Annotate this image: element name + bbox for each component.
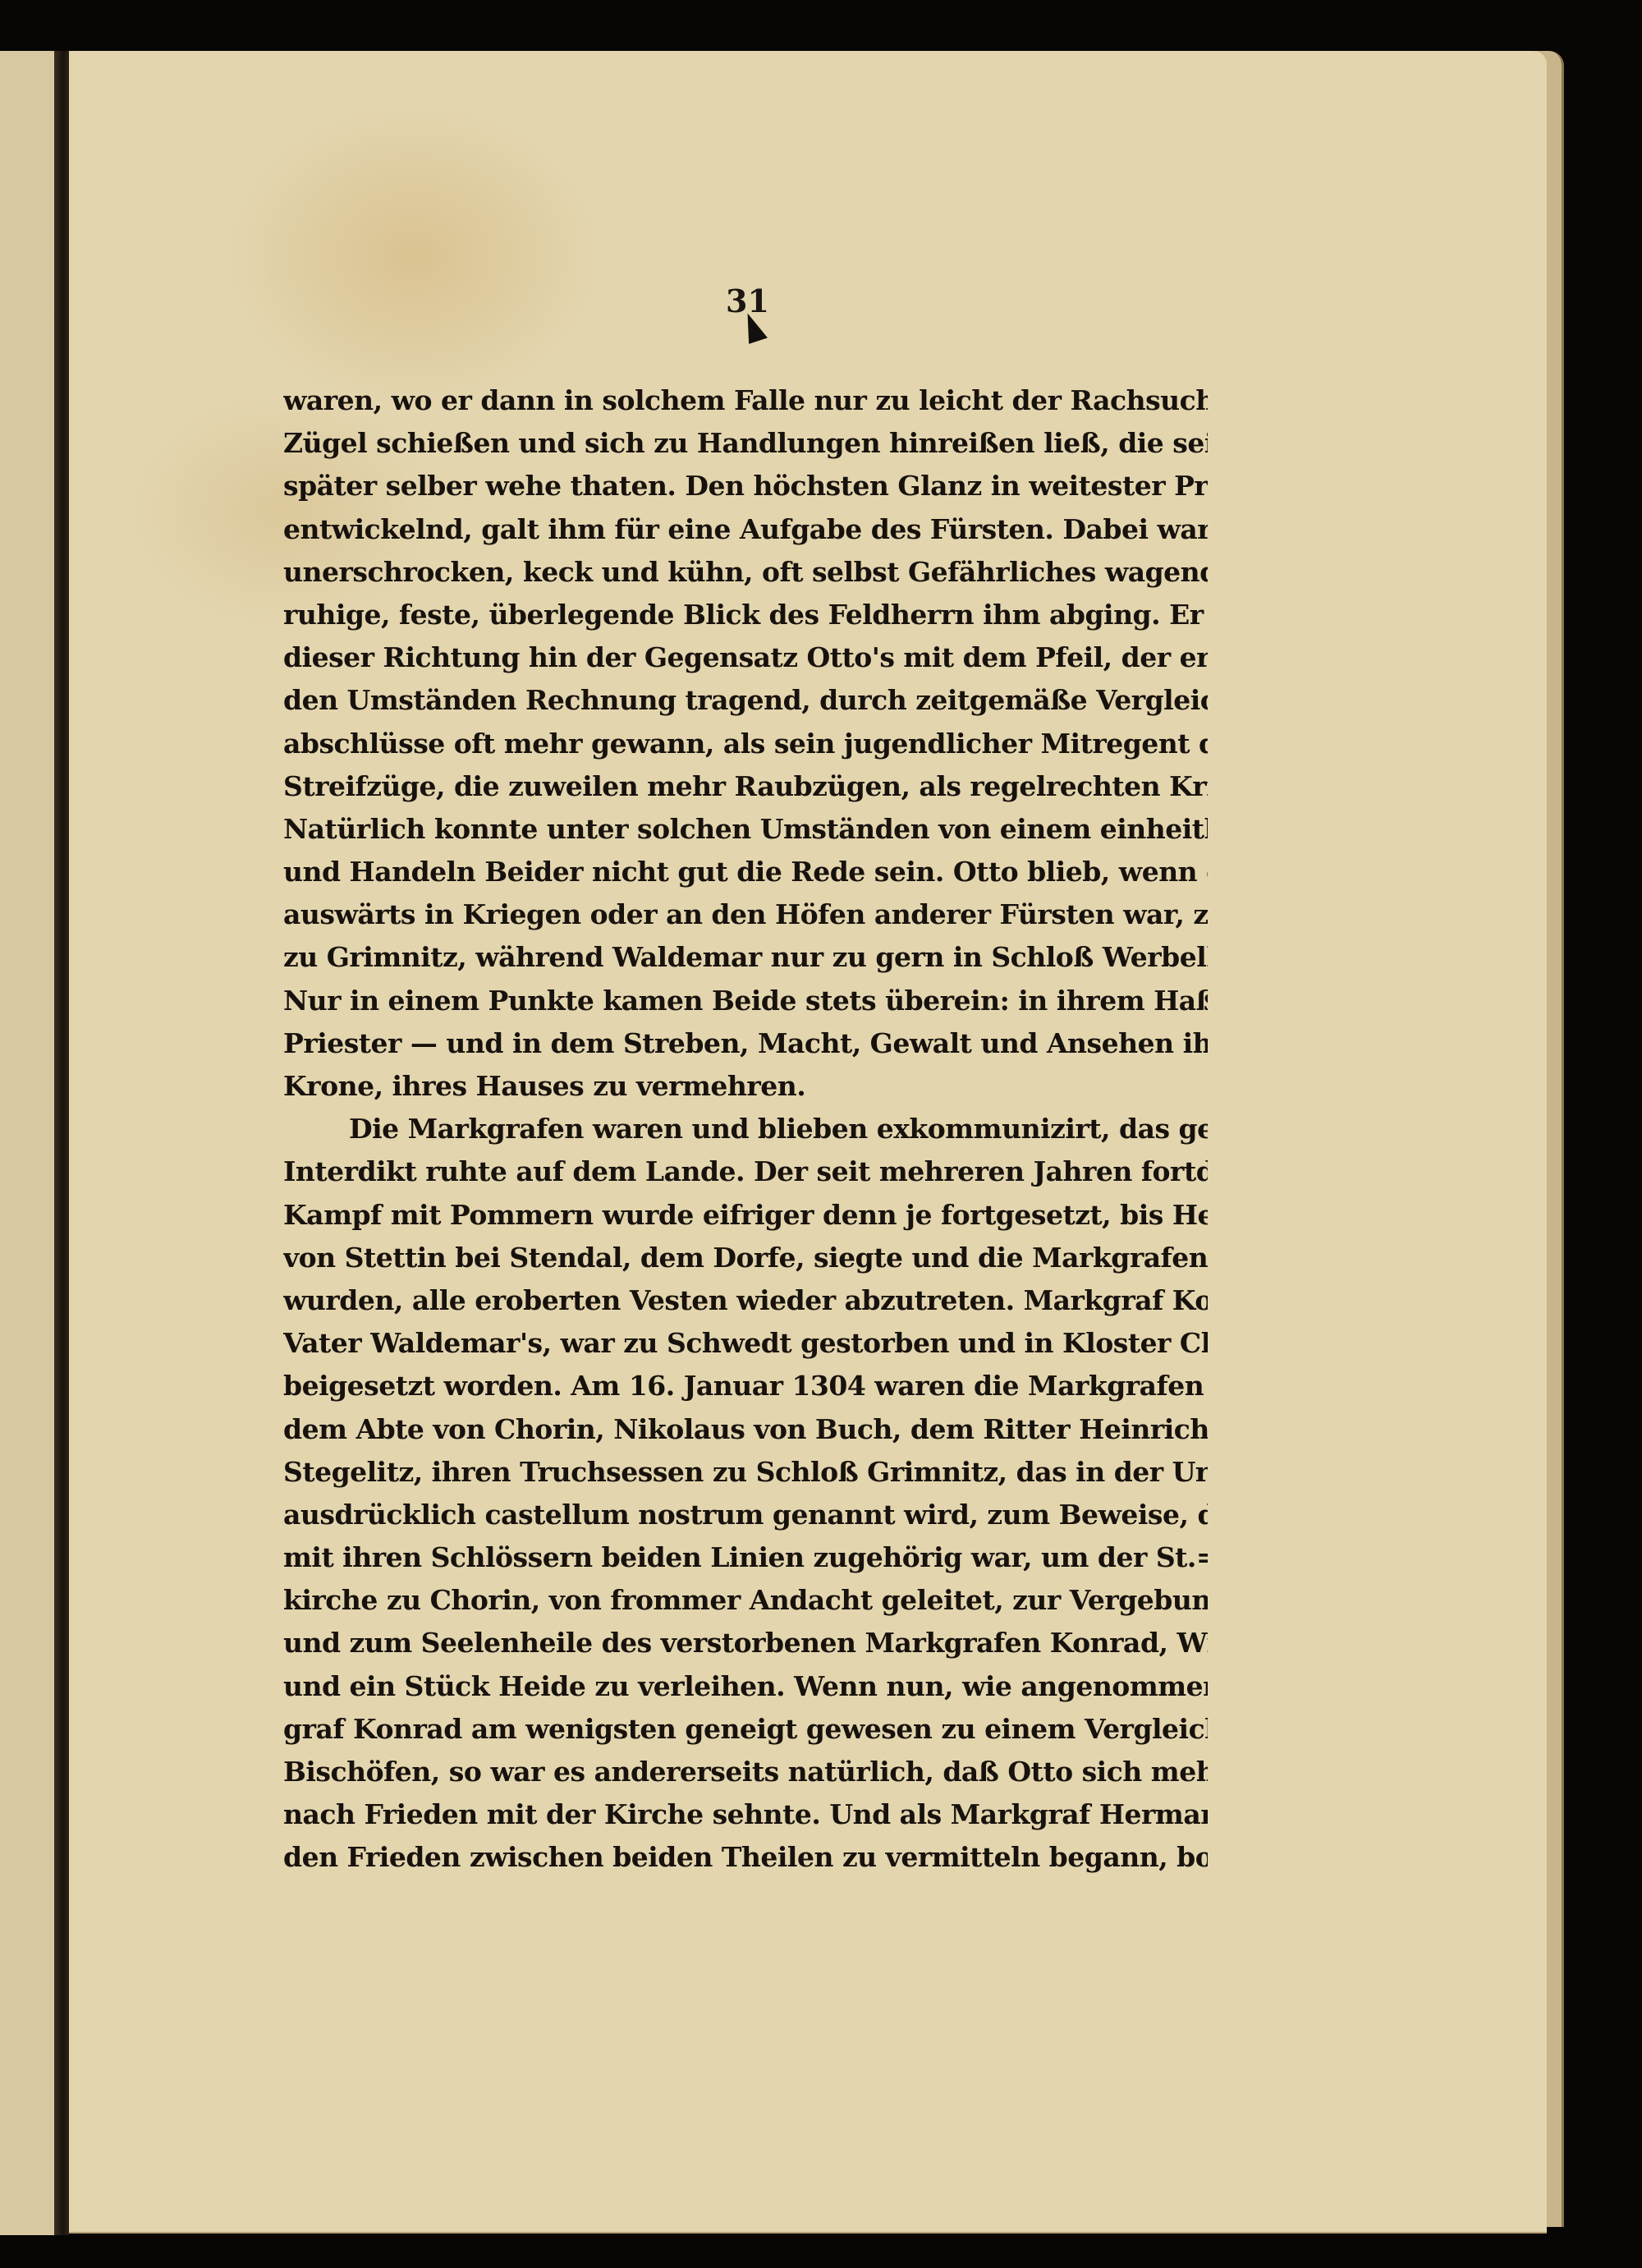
text-line: den Frieden zwischen beiden Theilen zu v… xyxy=(283,1836,1208,1879)
text-line: Krone, ihres Hauses zu vermehren. xyxy=(283,1065,1208,1108)
text-line: wurden, alle eroberten Vesten wieder abz… xyxy=(283,1279,1208,1322)
text-line: und zum Seelenheile des verstorbenen Mar… xyxy=(283,1622,1208,1664)
text-line: Interdikt ruhte auf dem Lande. Der seit … xyxy=(283,1150,1208,1193)
text-line: nach Frieden mit der Kirche sehnte. Und … xyxy=(283,1793,1208,1836)
text-line: mit ihren Schlössern beiden Linien zugeh… xyxy=(283,1536,1208,1579)
text-line: zu Grimnitz, während Waldemar nur zu ger… xyxy=(283,936,1208,979)
text-line: Bischöfen, so war es andererseits natürl… xyxy=(283,1751,1208,1793)
text-line: entwickelnd, galt ihm für eine Aufgabe d… xyxy=(283,508,1208,551)
text-line: Vater Waldemar's, war zu Schwedt gestorb… xyxy=(283,1322,1208,1365)
text-line: auswärts in Kriegen oder an den Höfen an… xyxy=(283,893,1208,936)
text-line: kirche zu Chorin, von frommer Andacht ge… xyxy=(283,1579,1208,1622)
text-line: Priester — und in dem Streben, Macht, Ge… xyxy=(283,1022,1208,1065)
paragraph-start: Die Markgrafen waren und blieben exkommu… xyxy=(283,1108,1208,1150)
text-line: ausdrücklich castellum nostrum genannt w… xyxy=(283,1494,1208,1536)
text-line: dieser Richtung hin der Gegensatz Otto's… xyxy=(283,636,1208,679)
text-line: Kampf mit Pommern wurde eifriger denn je… xyxy=(283,1194,1208,1237)
text-line: und Handeln Beider nicht gut die Rede se… xyxy=(283,851,1208,893)
text-line: von Stettin bei Stendal, dem Dorfe, sieg… xyxy=(283,1237,1208,1279)
book-gutter xyxy=(54,51,69,2235)
text-line: Zügel schießen und sich zu Handlungen hi… xyxy=(283,422,1208,465)
text-line: Streifzüge, die zuweilen mehr Raubzügen,… xyxy=(283,765,1208,808)
text-line: Natürlich konnte unter solchen Umständen… xyxy=(283,808,1208,851)
facing-page-edge xyxy=(0,51,54,2235)
text-line: später selber wehe thaten. Den höchsten … xyxy=(283,465,1208,507)
text-line: abschlüsse oft mehr gewann, als sein jug… xyxy=(283,723,1208,765)
text-line: dem Abte von Chorin, Nikolaus von Buch, … xyxy=(283,1408,1208,1451)
text-line: Nur in einem Punkte kamen Beide stets üb… xyxy=(283,980,1208,1022)
text-line: unerschrocken, keck und kühn, oft selbst… xyxy=(283,551,1208,594)
text-line: beigesetzt worden. Am 16. Januar 1304 wa… xyxy=(283,1365,1208,1407)
text-line: und ein Stück Heide zu verleihen. Wenn n… xyxy=(283,1665,1208,1708)
book-page: 31 waren, wo er dann in solchem Falle nu… xyxy=(69,51,1547,2234)
text-line: graf Konrad am wenigsten geneigt gewesen… xyxy=(283,1708,1208,1751)
body-text: waren, wo er dann in solchem Falle nur z… xyxy=(283,379,1208,1880)
text-line: den Umständen Rechnung tragend, durch ze… xyxy=(283,679,1208,722)
text-line: waren, wo er dann in solchem Falle nur z… xyxy=(283,379,1208,422)
text-line: ruhige, feste, überlegende Blick des Fel… xyxy=(283,594,1208,636)
text-line: Stegelitz, ihren Truchsessen zu Schloß G… xyxy=(283,1451,1208,1494)
